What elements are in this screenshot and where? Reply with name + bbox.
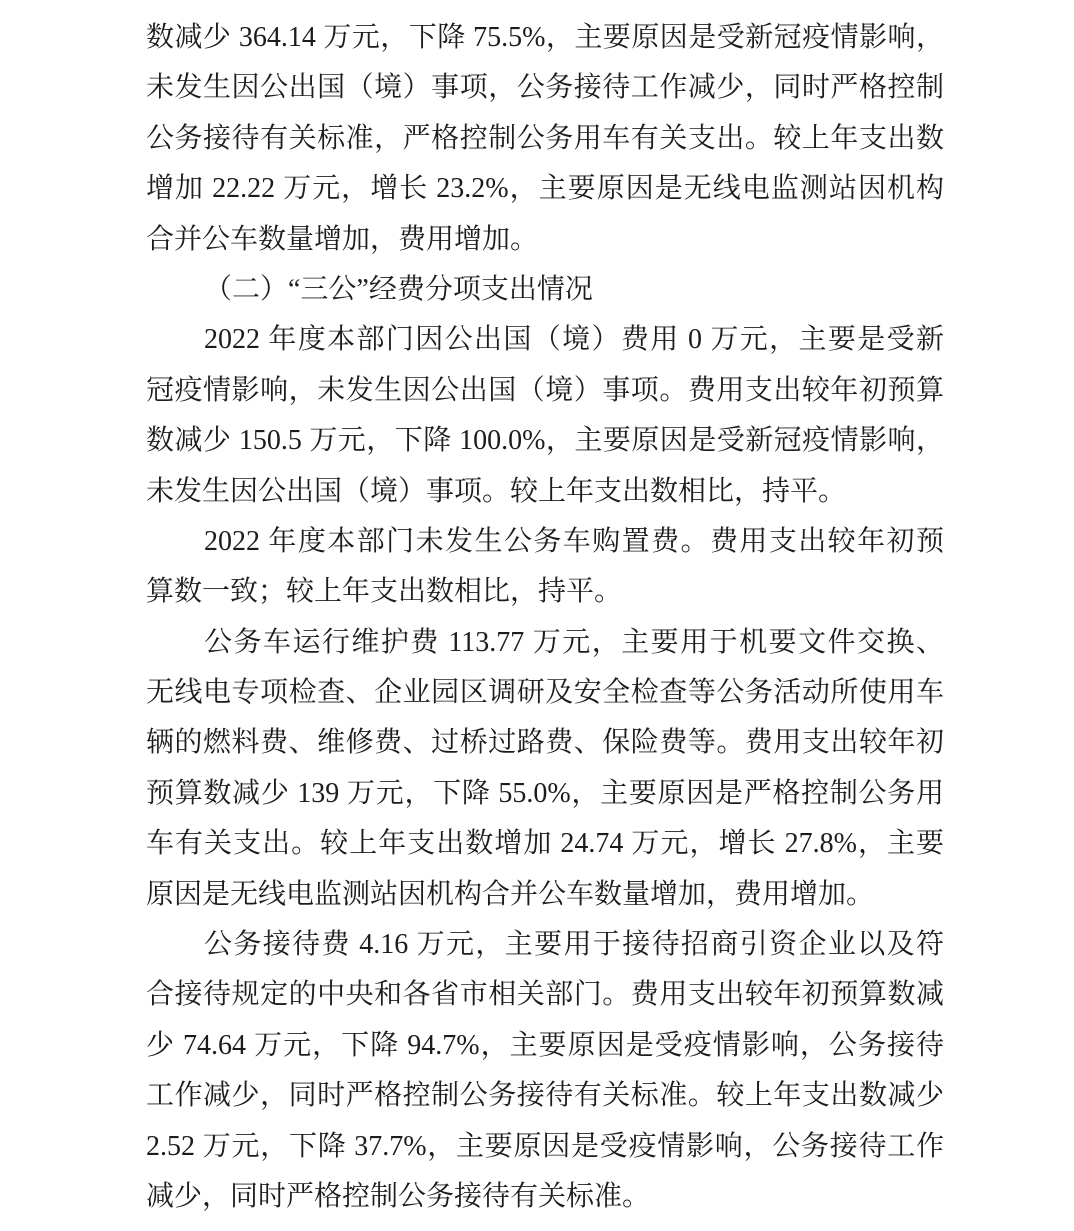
paragraph: 公务车运行维护费 113.77 万元，主要用于机要文件交换、 无线电专项检查、企… — [146, 618, 944, 920]
paragraph: 2022 年度本部门因公出国（境）费用 0 万元，主要是受新 冠疫情影响，未发生… — [146, 315, 944, 517]
paragraph: 数减少 364.14 万元，下降 75.5%，主要原因是受新冠疫情影响， 未发生… — [146, 13, 944, 265]
section-heading: （二）“三公”经费分项支出情况 — [146, 265, 944, 315]
text-line: 算数一致；较上年支出数相比，持平。 — [146, 567, 944, 617]
text-line: 预算数减少 139 万元，下降 55.0%，主要原因是严格控制公务用 — [146, 769, 944, 819]
text-line: 合接待规定的中央和各省市相关部门。费用支出较年初预算数减 — [146, 970, 944, 1020]
text-line: 公务接待费 4.16 万元，主要用于接待招商引资企业以及符 — [146, 920, 944, 970]
text-line: 数减少 150.5 万元，下降 100.0%，主要原因是受新冠疫情影响， — [146, 416, 944, 466]
text-line: 辆的燃料费、维修费、过桥过路费、保险费等。费用支出较年初 — [146, 718, 944, 768]
text-line: 2.52 万元，下降 37.7%，主要原因是受疫情影响，公务接待工作 — [146, 1122, 944, 1172]
text-line: 合并公车数量增加，费用增加。 — [146, 215, 944, 265]
document-page: 数减少 364.14 万元，下降 75.5%，主要原因是受新冠疫情影响， 未发生… — [0, 0, 1074, 1231]
text-line: 未发生因公出国（境）事项，公务接待工作减少，同时严格控制 — [146, 63, 944, 113]
paragraph: 2022 年度本部门未发生公务车购置费。费用支出较年初预 算数一致；较上年支出数… — [146, 517, 944, 618]
text-line: 公务车运行维护费 113.77 万元，主要用于机要文件交换、 — [146, 618, 944, 668]
text-line: 减少，同时严格控制公务接待有关标准。 — [146, 1172, 944, 1222]
section: （二）“三公”经费分项支出情况 — [146, 265, 944, 315]
text-line: 增加 22.22 万元，增长 23.2%，主要原因是无线电监测站因机构 — [146, 164, 944, 214]
text-line: 车有关支出。较上年支出数增加 24.74 万元，增长 27.8%，主要 — [146, 819, 944, 869]
text-line: 数减少 364.14 万元，下降 75.5%，主要原因是受新冠疫情影响， — [146, 13, 944, 63]
text-line: 公务接待有关标准，严格控制公务用车有关支出。较上年支出数 — [146, 114, 944, 164]
text-line: 原因是无线电监测站因机构合并公车数量增加，费用增加。 — [146, 870, 944, 920]
text-line: 工作减少，同时严格控制公务接待有关标准。较上年支出数减少 — [146, 1071, 944, 1121]
text-line: 少 74.64 万元，下降 94.7%，主要原因是受疫情影响，公务接待 — [146, 1021, 944, 1071]
text-line: 未发生因公出国（境）事项。较上年支出数相比，持平。 — [146, 467, 944, 517]
paragraph: 公务接待费 4.16 万元，主要用于接待招商引资企业以及符 合接待规定的中央和各… — [146, 920, 944, 1222]
text-line: 冠疫情影响，未发生因公出国（境）事项。费用支出较年初预算 — [146, 366, 944, 416]
text-line: 无线电专项检查、企业园区调研及安全检查等公务活动所使用车 — [146, 668, 944, 718]
text-block: 数减少 364.14 万元，下降 75.5%，主要原因是受新冠疫情影响， 未发生… — [146, 13, 944, 1222]
text-line: 2022 年度本部门未发生公务车购置费。费用支出较年初预 — [146, 517, 944, 567]
text-line: 2022 年度本部门因公出国（境）费用 0 万元，主要是受新 — [146, 315, 944, 365]
